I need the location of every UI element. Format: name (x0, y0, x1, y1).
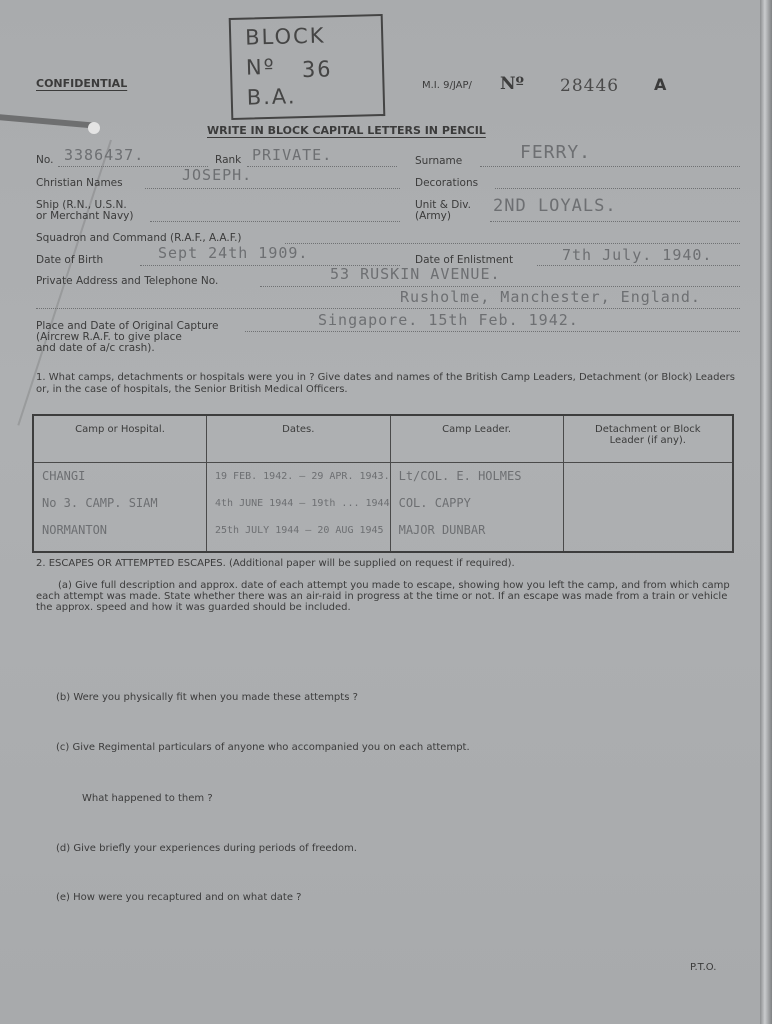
stamp-no: Nº (246, 55, 276, 80)
col-camp-leader: Camp Leader. (390, 415, 563, 463)
section2-c2: What happened to them ? (82, 793, 213, 804)
form-number: 28446 (560, 76, 619, 96)
col-block-leader: Detachment or Block Leader (if any). (563, 415, 733, 463)
form-suffix: A (654, 75, 666, 94)
christian-names-value[interactable]: JOSEPH. (182, 166, 252, 184)
dob-value[interactable]: Sept 24th 1909. (158, 244, 308, 262)
leader-row-2[interactable]: COL. CAPPY (391, 490, 563, 517)
block-leader-cell[interactable] (563, 463, 733, 553)
stamp-handwritten-number: 36 (302, 57, 333, 83)
no-label: No. (36, 154, 53, 166)
form-reference: M.I. 9/JAP/ (422, 80, 472, 91)
address-label: Private Address and Telephone No. (36, 275, 218, 287)
no-value[interactable]: 3386437. (64, 146, 144, 164)
dates-cell: 19 FEB. 1942. – 29 APR. 1943. 4th JUNE 1… (207, 463, 391, 553)
dates-row-2[interactable]: 4th JUNE 1944 – 19th ... 1944 (207, 490, 390, 517)
enlistment-value[interactable]: 7th July. 1940. (562, 246, 712, 264)
leader-row-1[interactable]: Lt/COL. E. HOLMES (391, 463, 563, 490)
camp-cell: CHANGI No 3. CAMP. SIAM NORMANTON (33, 463, 207, 553)
ship-label-2: or Merchant Navy) (36, 210, 133, 222)
decorations-label: Decorations (415, 177, 478, 189)
col-dates: Dates. (207, 415, 391, 463)
camp-row-1[interactable]: CHANGI (34, 463, 206, 490)
block-stamp: BLOCK Nº B.A. 36 (229, 14, 386, 120)
confidential-label: CONFIDENTIAL (36, 77, 127, 90)
camp-row-2[interactable]: No 3. CAMP. SIAM (34, 490, 206, 517)
unit-label-2: (Army) (415, 210, 451, 222)
christian-names-label: Christian Names (36, 177, 123, 189)
capture-label-3: and date of a/c crash). (36, 342, 155, 354)
surname-value[interactable]: FERRY. (520, 142, 591, 163)
eyelet-hole (88, 122, 100, 134)
document-page: CONFIDENTIAL BLOCK Nº B.A. 36 M.I. 9/JAP… (0, 0, 760, 1024)
unit-value[interactable]: 2ND LOYALS. (493, 196, 617, 216)
camps-table: Camp or Hospital. Dates. Camp Leader. De… (32, 414, 734, 553)
camp-row-3[interactable]: NORMANTON (34, 517, 206, 544)
section1-question: 1. What camps, detachments or hospitals … (36, 372, 736, 396)
page-edge (760, 0, 772, 1024)
col-camp: Camp or Hospital. (33, 415, 207, 463)
number-label: Nº (500, 74, 524, 94)
dates-row-1[interactable]: 19 FEB. 1942. – 29 APR. 1943. (207, 463, 390, 490)
stamp-ba: B.A. (246, 84, 296, 109)
rank-label: Rank (215, 154, 241, 166)
pencil-instruction: WRITE IN BLOCK CAPITAL LETTERS IN PENCIL (207, 124, 486, 137)
surname-label: Surname (415, 155, 462, 167)
pto-label: P.T.O. (690, 962, 716, 973)
address-line-2[interactable]: Rusholme, Manchester, England. (400, 288, 701, 306)
address-line-1[interactable]: 53 RUSKIN AVENUE. (330, 265, 501, 283)
stamp-block: BLOCK (245, 24, 326, 50)
tag-string (0, 113, 95, 128)
squadron-label: Squadron and Command (R.A.F., A.A.F.) (36, 232, 242, 244)
section2-e: (e) How were you recaptured and on what … (56, 892, 302, 903)
section2-b: (b) Were you physically fit when you mad… (56, 692, 358, 703)
capture-value[interactable]: Singapore. 15th Feb. 1942. (318, 311, 579, 329)
leader-cell: Lt/COL. E. HOLMES COL. CAPPY MAJOR DUNBA… (390, 463, 563, 553)
section2-title: 2. ESCAPES OR ATTEMPTED ESCAPES. (Additi… (36, 558, 515, 569)
rank-value[interactable]: PRIVATE. (252, 146, 332, 164)
dob-label: Date of Birth (36, 254, 103, 266)
dates-row-3[interactable]: 25th JULY 1944 – 20 AUG 1945 (207, 517, 390, 544)
leader-row-3[interactable]: MAJOR DUNBAR (391, 517, 563, 544)
section2-d: (d) Give briefly your experiences during… (56, 843, 357, 854)
section2-c: (c) Give Regimental particulars of anyon… (56, 742, 470, 753)
section2-a: (a) Give full description and approx. da… (36, 580, 736, 613)
